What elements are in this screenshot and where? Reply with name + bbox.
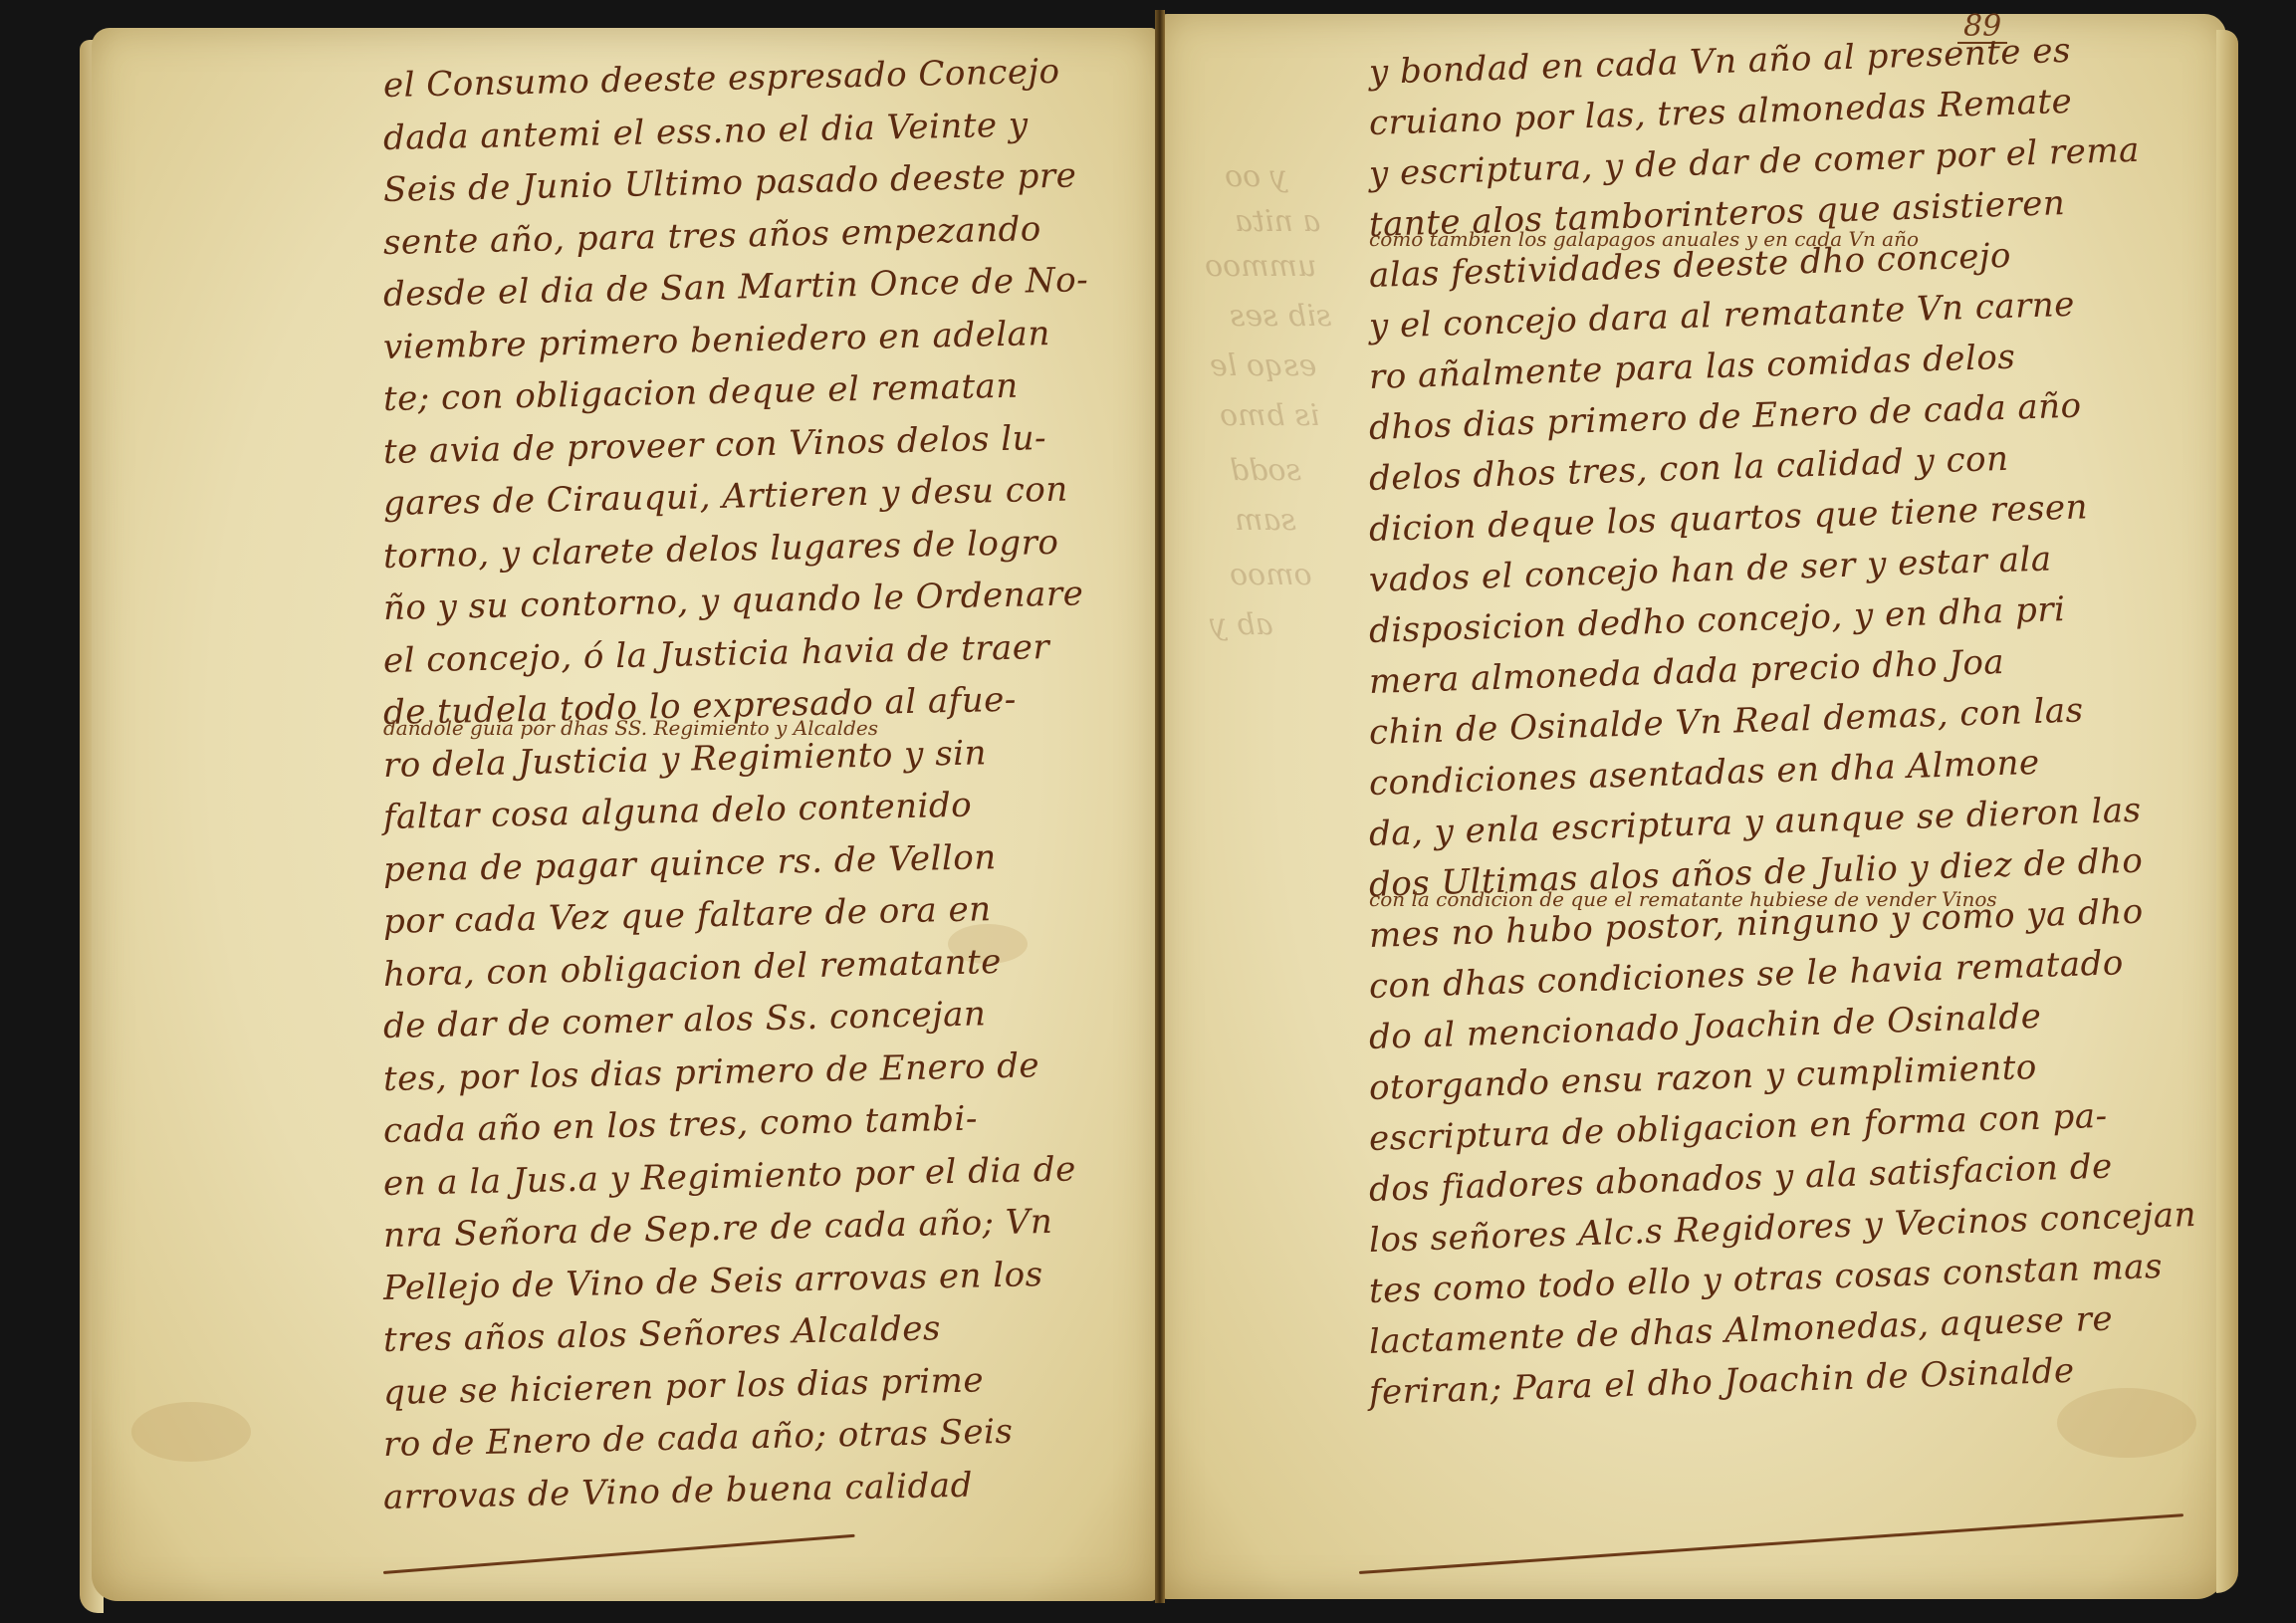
bleed-through-mark: y oo — [1225, 159, 1287, 194]
bleed-through-mark: omoo — [1230, 558, 1312, 592]
manuscript-spread: y oo a nita ummoo sib ses esqo le is bmo… — [0, 0, 2296, 1623]
book-gutter — [1155, 10, 1165, 1603]
right-page-edge — [2216, 30, 2238, 1593]
bleed-through-mark: sib ses — [1230, 299, 1331, 334]
bleed-through-mark: is bmo — [1220, 398, 1319, 433]
bleed-through-mark: ummoo — [1205, 249, 1316, 284]
bleed-through-mark: esqo le — [1210, 348, 1316, 383]
foxing-stain — [131, 1402, 251, 1462]
left-page-text: el Consumo deeste espresado Concejo dada… — [383, 60, 1140, 1523]
bleed-through-mark: ab y — [1210, 607, 1273, 642]
bleed-through-mark: sodd — [1230, 453, 1301, 488]
right-page-text: y bondad en cada Vn año al presente es c… — [1369, 48, 2185, 1419]
bleed-through-mark: a nita — [1235, 204, 1320, 239]
bleed-through-mark: sam — [1235, 503, 1296, 538]
